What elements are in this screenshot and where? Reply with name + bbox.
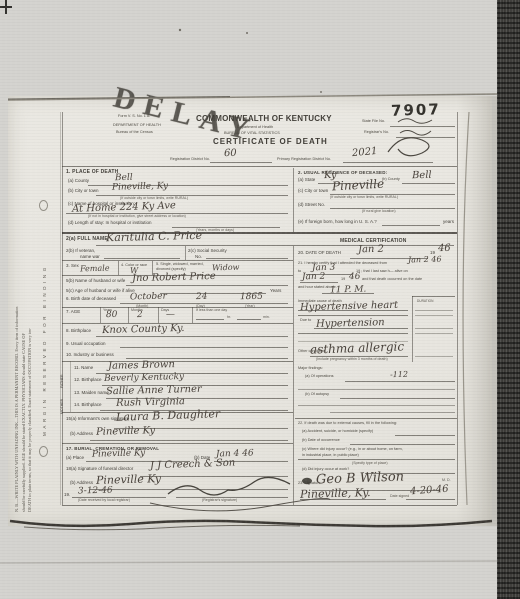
registrars-no-label: Registrar's No. (364, 130, 389, 134)
city-caption: (If outside city or town limits, write R… (120, 196, 188, 200)
header-census: Bureau of the Census (116, 130, 153, 134)
certify-from-value: Jan 2 46 (408, 255, 442, 265)
scan-speck (179, 29, 181, 31)
birth-day-value: 24 (196, 292, 208, 302)
received-date-value: 3-12-46 (78, 486, 113, 497)
margin-binding-label: MARGIN RESERVED FOR BINDING (42, 264, 47, 436)
duration-label: DURATION (417, 299, 433, 303)
scanned-death-certificate: N. B.—WRITE PLAINLY WITH UNFADING INK—TH… (0, 0, 520, 599)
mother-birthplace-label: 14. Birthplace (74, 402, 102, 407)
scan-speck (320, 91, 322, 93)
father-name-label: 11. Name (74, 365, 93, 370)
marital-label-1: 5. Single, widowed, married, (156, 262, 204, 266)
res-city-caption: (If outside city or town limits, write R… (330, 195, 398, 199)
physician-signature-value: Geo B Wilson (316, 469, 405, 487)
veteran-sub-label: name war (80, 254, 100, 259)
age-hr-label: hr. (227, 315, 231, 319)
mother-birthplace-value: Rush Virginia (116, 396, 185, 409)
birth-month-value: October (130, 292, 167, 303)
other-conditions-caption: (Include pregnancy within 3 months of de… (316, 357, 388, 361)
header-dept-small: Department of Health (237, 125, 273, 129)
hospital-caption: (If not in hospital or institution, give… (88, 214, 186, 218)
age-days-value: — (166, 310, 175, 320)
residence-title: 2. USUAL RESIDENCE OF DECEASED: (298, 170, 387, 175)
certify-seen-year: 46 (349, 272, 361, 282)
external-causes-title: 22. If death was due to external causes,… (298, 421, 397, 425)
autopsy-label: (b) Of autopsy (305, 392, 329, 396)
birthplace-label: 8. Birthplace (66, 328, 91, 333)
res-state-label: (a) State (298, 177, 315, 182)
county-label: (a) County (68, 178, 89, 183)
foreign-born-label: (e) If foreign born, how long in U. S. A… (298, 219, 377, 224)
spouse-age-unit: Years (270, 288, 281, 293)
certificate-title: CERTIFICATE OF DEATH (213, 137, 328, 146)
veteran-label: 2(b) If veteran, (66, 248, 95, 253)
date-signed-label: Date signed (390, 494, 409, 498)
marital-label-2: divorced (specify) (156, 267, 186, 271)
burial-place-value: Pineville Ky (92, 448, 145, 459)
spouse-value: Jno Robert Price (132, 271, 216, 284)
res-street-label: (d) Street No. (298, 202, 325, 207)
header-commonwealth: COMMONWEALTH OF KENTUCKY (196, 114, 332, 123)
where-caption: (Specify type of place) (352, 461, 388, 465)
age-years-value: 80 (106, 310, 118, 320)
sex-label: 3. Sex (66, 263, 79, 268)
age-min-label: min. (263, 315, 270, 319)
birthdate-label: 6. Birth date of deceased (66, 296, 116, 301)
major-findings-label: Major findings: (298, 366, 323, 370)
accident-label: (a) Accident, suicide, or homicide (spec… (302, 429, 373, 433)
form-number: Form V. S. No. 1 A. (118, 114, 150, 118)
res-city-value: Pineville (332, 177, 385, 194)
certify-19-label: 19 (341, 277, 345, 281)
place-of-death-title: 1. PLACE OF DEATH (66, 170, 118, 176)
header-dept: DEPARTMENT OF HEALTH (113, 123, 161, 127)
corner-mark (0, 0, 12, 14)
city-label: (b) City or town (68, 188, 99, 193)
where-injury-label-1: (c) Where did injury occur? (e.g., in or… (302, 447, 403, 451)
res-street-caption: (If rural give location) (362, 209, 396, 213)
director-address-value: Pineville Ky (96, 472, 161, 487)
file-number-stamp: 7907 (391, 100, 441, 120)
city-value: Pineville, Ky (112, 181, 168, 192)
stay-label: (d) Length of stay: In hospital or insti… (68, 220, 152, 225)
received-label: 19. (64, 492, 70, 497)
operations-value: -112 (390, 370, 408, 379)
dod-year-value: 46 (438, 243, 451, 254)
reg-district-value: 60 (224, 148, 237, 159)
scan-speck (246, 32, 248, 34)
primary-district-value: 2021 (352, 146, 378, 159)
md-label: M. D. (442, 478, 451, 482)
occupation-label: 9. Usual occupation (66, 341, 106, 346)
funeral-director-label: 18(a) Signature of funeral director (66, 466, 133, 471)
full-name-label: 2(a) FULL NAME (66, 237, 108, 243)
primary-district-label: Primary Registration District No. (277, 157, 331, 161)
informant-address-label: (b) Address (70, 431, 93, 436)
marital-value: Widow (212, 263, 240, 273)
birth-year-value: 1865 (240, 292, 263, 303)
header-bureau: BUREAU OF VITAL STATISTICS (224, 131, 280, 135)
margin-note: N. B.—WRITE PLAINLY WITH UNFADING INK—TH… (14, 120, 34, 512)
ssn-label: 2(c) Social Security (188, 248, 227, 253)
where-injury-label-2: in industrial place, in public place) (302, 453, 359, 457)
res-city-label: (c) City or town (298, 188, 328, 193)
age-months-value: 2 (137, 310, 143, 320)
spouse-age-label: 5(c) Age of husband or wife if alive (66, 288, 135, 293)
date-of-death-label: 20. DATE OF DEATH (298, 250, 341, 255)
res-county-value: Bell (412, 170, 432, 182)
father-name-value: James Brown (108, 359, 175, 372)
industry-label: 10. Industry or business (66, 352, 114, 357)
binding-hole (39, 200, 48, 211)
age-less-label: If less than one day (196, 308, 227, 312)
spouse-label: 5(b) Name of husband or wife (66, 278, 125, 283)
director-address-label: (b) Address (70, 480, 93, 485)
father-birthplace-value: Beverly Kentucky (104, 372, 184, 384)
scan-gutter (457, 96, 497, 526)
scan-edge-strip (497, 0, 520, 599)
operations-label: (a) Of operations (305, 374, 334, 378)
due-to-label: Due to (300, 318, 311, 322)
certify-to-label: to (298, 269, 301, 273)
foreign-born-unit: years (443, 219, 454, 224)
certify-line-2: 19 ; that I last saw h— alive on (356, 269, 408, 273)
reg-district-label: Registration District No. (170, 157, 210, 161)
full-name-value: Karitulia C. Price (106, 229, 202, 245)
certify-seen-value: Jan 2 (302, 272, 326, 283)
binding-hole (39, 446, 48, 457)
res-county-label: (b) County (382, 177, 400, 181)
father-side-label: FATHER (60, 374, 64, 388)
mother-name-label: 13. Maiden name (74, 390, 109, 395)
date-of-death-value: Jan 2 (358, 244, 384, 256)
registrar-signature-caption: (Registrar's signature) (202, 498, 237, 502)
sex-value: Female (80, 264, 110, 274)
occurrence-label: (b) Date of occurrence (302, 438, 340, 442)
state-file-label: State File No. (362, 119, 385, 123)
burial-place-label: (a) Place (66, 455, 84, 460)
informant-address-value: Pineville Ky (96, 425, 155, 438)
received-caption: (Date received by local registrar) (78, 498, 130, 502)
father-birthplace-label: 12. Birthplace (74, 377, 102, 382)
birthplace-value: Knox County Ky. (102, 323, 185, 336)
certify-line-3: and that death occurred on the date (362, 277, 422, 281)
ssn-sub-label: No. (195, 254, 202, 259)
age-label: 7. AGE (66, 309, 80, 314)
